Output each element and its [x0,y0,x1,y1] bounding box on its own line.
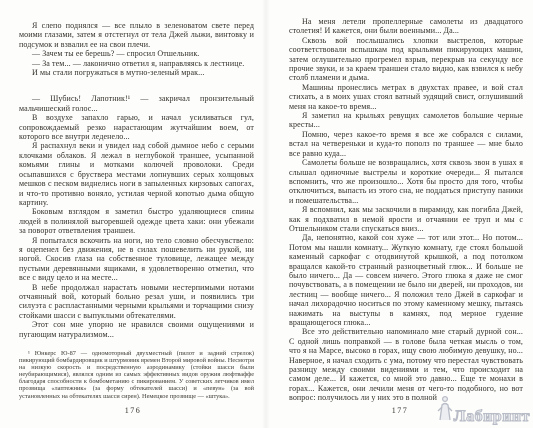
labirint-watermark: Лабиринт [434,395,530,425]
page-number-left: 176 [0,406,266,415]
paragraph: Я вспомнил, как мы заскочили в пирамиду,… [289,205,523,233]
page-right: На меня летели пропеллерные самолеты из … [267,0,533,428]
section-break [19,77,254,94]
paragraph: Я заметил на крыльях ревущих самолетов б… [289,111,523,130]
paragraph: Сквозь вой послышались хлопки выстрелов,… [289,36,523,83]
paragraph: На меня летели пропеллерные самолеты из … [289,17,523,36]
paragraph: Да, непонятно, какой сон хуже — тот или … [289,233,523,327]
paragraph: Помню, через какое-то время я все же соб… [289,130,523,158]
page-left: Я слепо поднялся — все плыло в зеленоват… [0,0,266,428]
paragraph: Я попытался вскочить на ноги, но тело сл… [19,236,254,283]
paragraph: Я слепо поднялся — все плыло в зеленоват… [19,21,254,49]
paragraph-dialogue: — Зачем ты ее берешь? — спросил Отшельни… [19,49,254,58]
paragraph: Боковым взглядом я заметил быстро удаляю… [19,207,254,235]
paragraph: Я распахнул веки и увидел над собой дымн… [19,141,254,207]
left-page-text: Я слепо поднялся — все плыло в зеленоват… [19,21,254,339]
paragraph: Самолеты больше не возвращались, хотя ск… [289,158,523,205]
paragraph: В небе продолжал нарастать новыми нестер… [19,283,254,321]
paragraph-dialogue: — За тем... — лаконично ответил я, напра… [19,59,254,68]
paragraph: Этот сон мне упорно не нравился своими о… [19,320,254,339]
labirint-logo-icon [434,395,456,425]
footnote-text: ¹ Юнкерс Ю-87 — одномоторный двухместный… [19,350,254,400]
labirint-watermark-text: Лабиринт [454,409,530,425]
book-spread: Я слепо поднялся — все плыло в зеленоват… [0,0,533,428]
paragraph-dialogue: — Шубись! Лапотник!¹ — закричал пронзите… [19,94,254,113]
footnote: ¹ Юнкерс Ю-87 — одномоторный двухместный… [19,350,254,400]
paragraph: Машины пронеслись метрах в двухстах прав… [289,83,523,111]
paragraph: И мы стали погружаться в мутно-зеленый м… [19,68,254,77]
paragraph: Все это действительно напоминало мне ста… [289,327,523,402]
right-page-text: На меня летели пропеллерные самолеты из … [289,17,523,403]
paragraph: В воздухе запахло гарью, и начал усилива… [19,113,254,141]
